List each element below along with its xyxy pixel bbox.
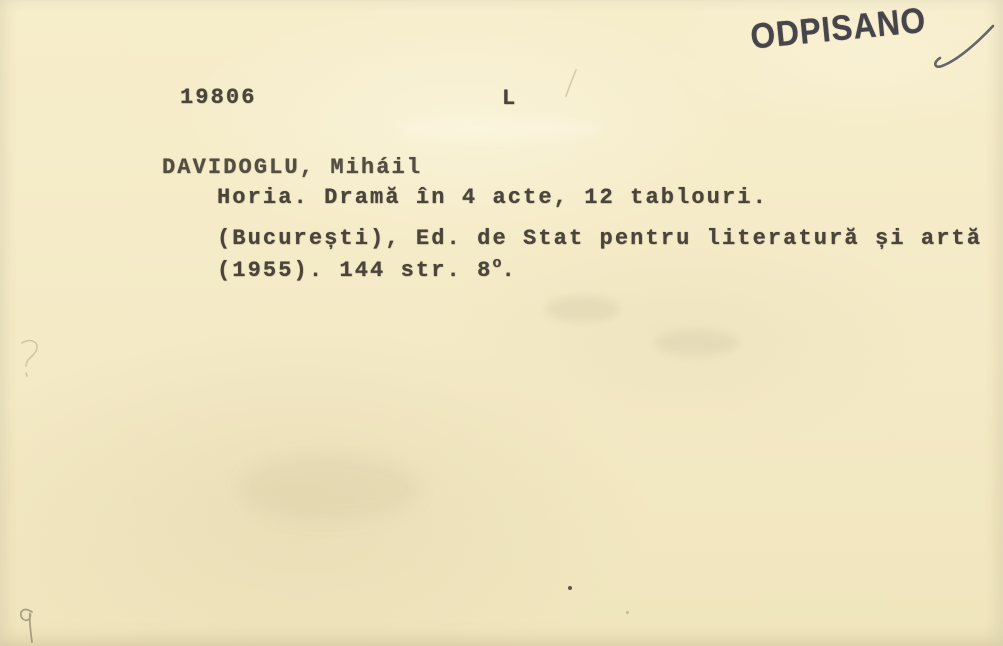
imprint-line-2: (1955). 144 str. 8o. [217, 253, 517, 282]
paper-smudge [655, 330, 739, 356]
pen-slash-mark-icon [558, 66, 584, 100]
pen-squiggle-mark-icon [12, 335, 48, 381]
paper-smudge [545, 296, 619, 322]
inventory-number: 19806 [180, 87, 257, 109]
title-line: Horia. Dramă în 4 acte, 12 tablouri. [217, 187, 768, 209]
paper-highlight [395, 116, 605, 142]
pen-hook-mark-icon [14, 598, 46, 646]
author-line: DAVIDOGLU, Miháil [162, 157, 422, 179]
classification-letter: L [502, 88, 517, 110]
pen-checkmark-stroke-icon [890, 18, 1003, 88]
catalog-card: ODPISANO 19806 L DAVIDOGLU, Miháil Horia… [0, 0, 1003, 646]
paper-smudge [240, 455, 420, 521]
ink-dot [568, 586, 572, 590]
imprint-line-1: (București), Ed. de Stat pentru literatu… [217, 228, 982, 250]
imprint-line-2-text: (1955). 144 str. 8 [217, 258, 492, 283]
faint-dot [626, 611, 629, 614]
imprint-line-2-period: . [501, 258, 516, 283]
